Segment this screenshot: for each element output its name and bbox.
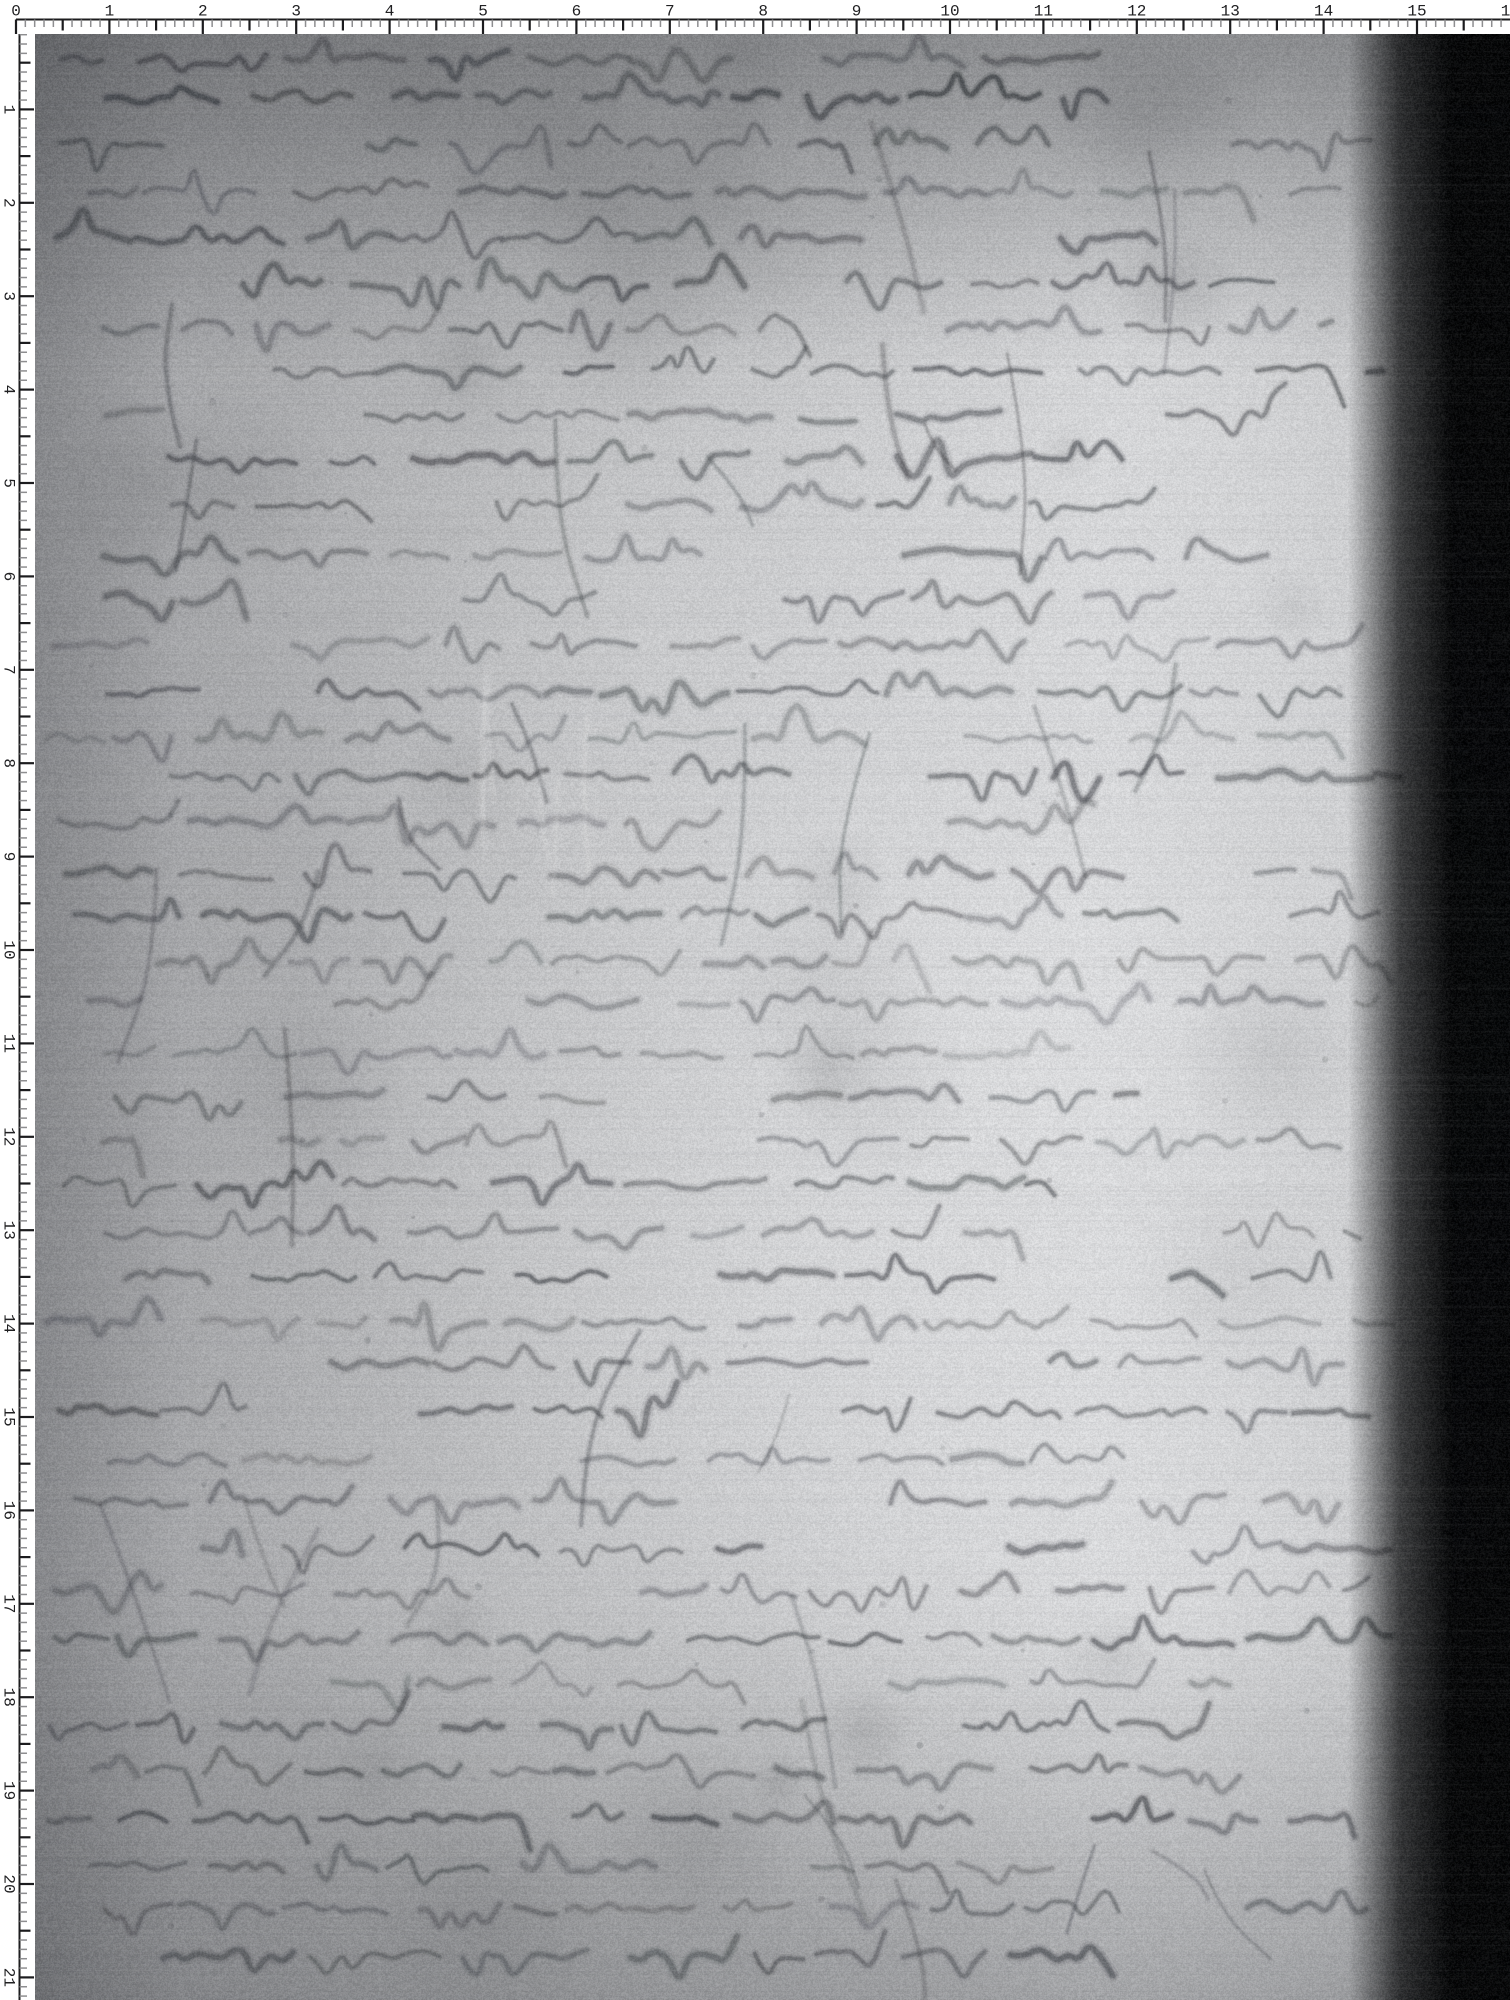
ruler-left-label-3: 3 <box>0 291 18 301</box>
ruler-left-label-8: 8 <box>0 758 18 768</box>
ruler-left-label-14: 14 <box>0 1314 18 1333</box>
ruler-top-label-5: 5 <box>478 3 488 21</box>
ruler-top-label-10: 10 <box>940 3 959 21</box>
ruler-top-background <box>0 0 1510 34</box>
manuscript-page-image <box>0 0 1510 2000</box>
ruler-left-label-15: 15 <box>0 1407 18 1426</box>
ruler-left-label-2: 2 <box>0 198 18 208</box>
ruler-left-label-12: 12 <box>0 1127 18 1146</box>
ruler-top-label-15: 15 <box>1407 3 1426 21</box>
ruler-top-label-7: 7 <box>665 3 675 21</box>
ruler-horizontal: 012345678910111213141516 <box>0 0 1510 34</box>
ruler-top-label-1: 1 <box>105 3 115 21</box>
ruler-top-label-3: 3 <box>291 3 301 21</box>
ruler-left-label-18: 18 <box>0 1688 18 1707</box>
ruler-left-label-10: 10 <box>0 940 18 959</box>
ruler-left-label-4: 4 <box>0 385 18 395</box>
ruler-top-label-11: 11 <box>1034 3 1053 21</box>
ruler-left-label-19: 19 <box>0 1781 18 1800</box>
ruler-top-label-9: 9 <box>852 3 862 21</box>
ruler-top-label-2: 2 <box>198 3 208 21</box>
ruler-left-label-9: 9 <box>0 852 18 862</box>
ruler-left-label-21: 21 <box>0 1968 18 1987</box>
ruler-top-label-12: 12 <box>1127 3 1146 21</box>
ruler-left-label-5: 5 <box>0 478 18 488</box>
ruler-top-label-6: 6 <box>572 3 582 21</box>
manuscript-scan-viewport: 123456789101112131415161718192021 012345… <box>0 0 1510 2000</box>
ruler-top-label-13: 13 <box>1221 3 1240 21</box>
ruler-left-label-17: 17 <box>0 1594 18 1613</box>
ruler-left-label-16: 16 <box>0 1501 18 1520</box>
ruler-vertical: 123456789101112131415161718192021 <box>0 0 35 2000</box>
ruler-left-label-1: 1 <box>0 105 18 115</box>
ruler-top-label-0: 0 <box>11 3 21 21</box>
ruler-left-label-7: 7 <box>0 665 18 675</box>
ruler-left-label-6: 6 <box>0 572 18 582</box>
ruler-left-label-20: 20 <box>0 1874 18 1893</box>
ruler-top-label-14: 14 <box>1314 3 1333 21</box>
ruler-top-label-4: 4 <box>385 3 395 21</box>
ruler-top-label-16: 16 <box>1501 3 1510 21</box>
ruler-top-label-8: 8 <box>758 3 768 21</box>
ruler-left-label-11: 11 <box>0 1034 18 1053</box>
ruler-left-label-13: 13 <box>0 1221 18 1240</box>
